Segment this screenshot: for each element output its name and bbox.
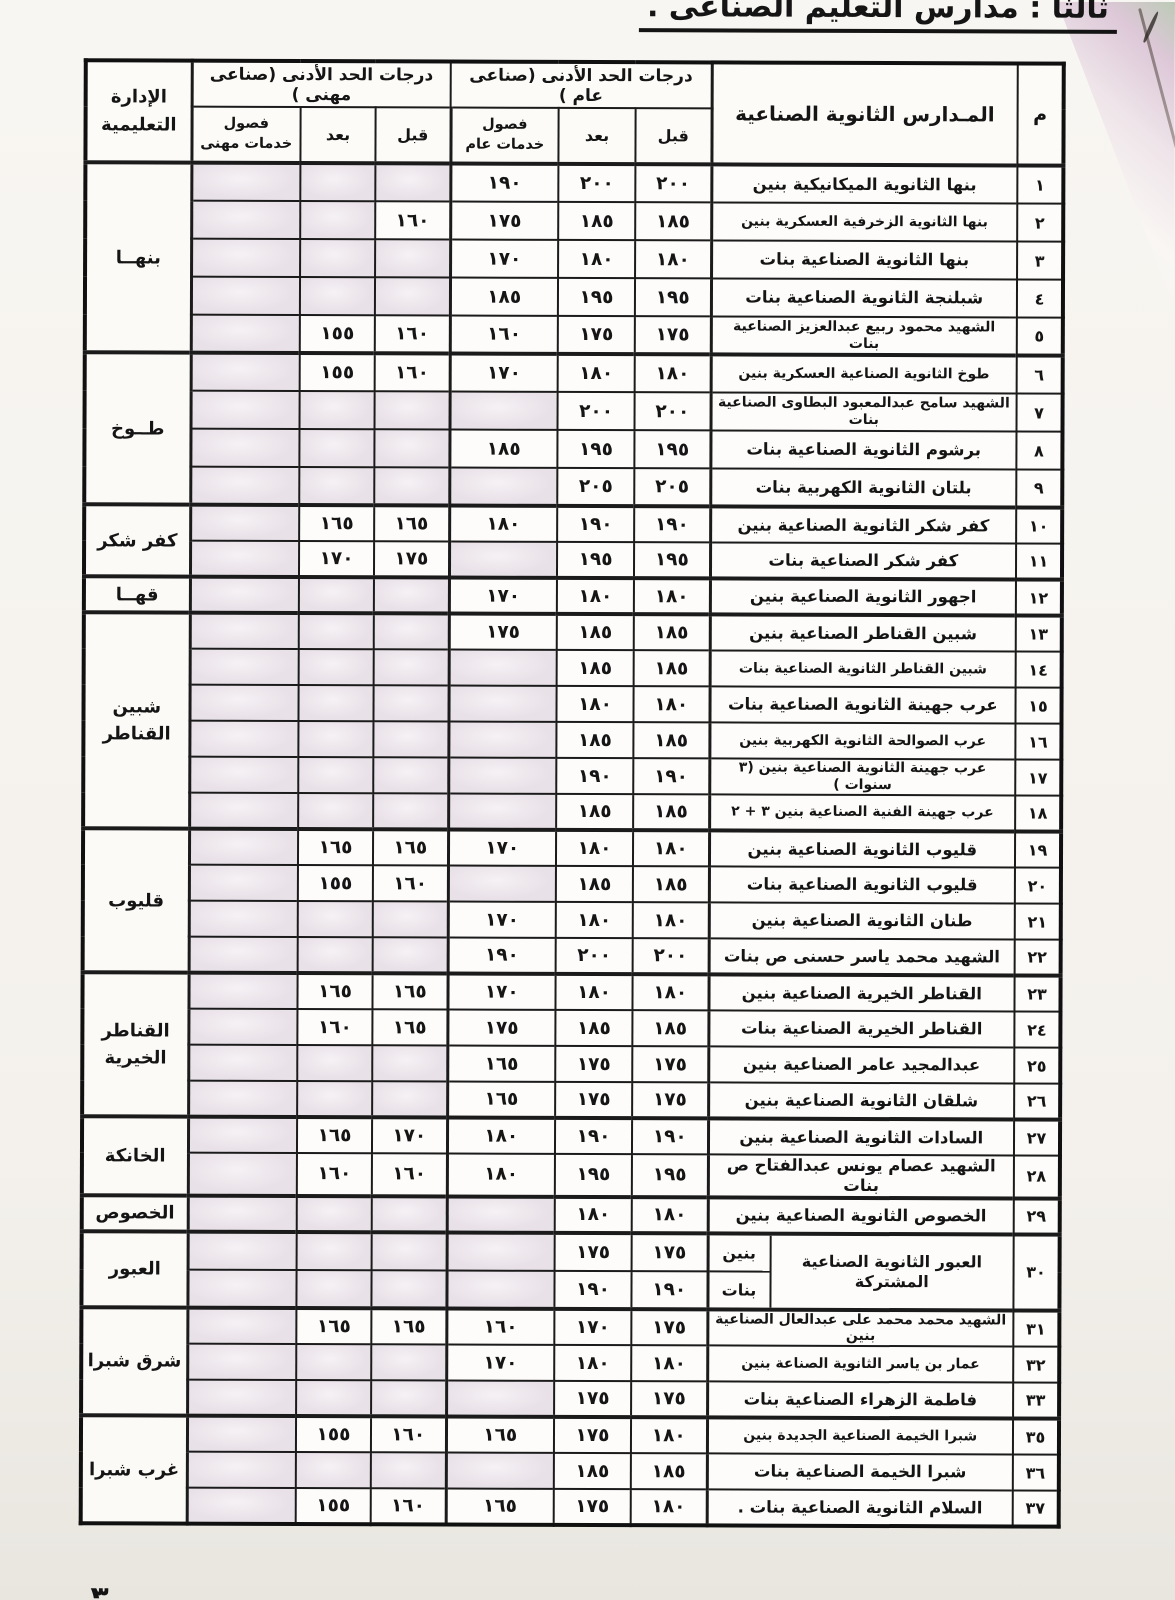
header-educational-administration: الإدارة التعليمية xyxy=(85,60,191,162)
value-cell-gb: ٢٠٠ xyxy=(558,164,635,202)
school-name-cell: عرب جهينة الثانوية الصناعية بنين (٣ سنوا… xyxy=(709,758,1015,795)
value-cell-gq: ١٨٠ xyxy=(634,578,710,614)
value-cell-mq xyxy=(374,577,449,613)
value-cell-gb: ١٩٠ xyxy=(554,1270,631,1308)
value-cell-gq: ١٨٠ xyxy=(632,1197,708,1233)
value-cell-gq: ١٨٠ xyxy=(633,902,709,938)
value-cell-mb xyxy=(300,163,375,201)
value-cell-gb: ١٩٥ xyxy=(557,430,634,468)
value-cell-ms xyxy=(188,1081,297,1117)
admin-area-cell: قهــا xyxy=(84,576,190,612)
value-cell-mq xyxy=(374,467,449,505)
value-cell-ms xyxy=(189,685,298,721)
school-name-cell: شبرا الخيمة الصناعية بنات xyxy=(707,1454,1013,1491)
value-cell-gq: ١٨٥ xyxy=(633,722,709,758)
school-name-cell: شبين القناطر الثانوية الصناعية بنات xyxy=(710,650,1016,687)
admin-area-cell: شرق شبرا xyxy=(81,1307,187,1416)
value-cell-mq: ١٦٥ xyxy=(374,505,449,541)
row-number-cell: ٣٠ xyxy=(1013,1234,1059,1310)
value-cell-mb: ١٥٥ xyxy=(296,1416,371,1452)
row-number-cell: ٢٤ xyxy=(1014,1011,1060,1047)
value-cell-gb: ١٩٥ xyxy=(557,542,634,578)
schools-grades-table: م المـدارس الثانوية الصناعية درجات الحد … xyxy=(79,58,1066,1529)
value-cell-gq: ١٨٠ xyxy=(631,1345,707,1381)
school-name-cell: بنها الثانوية الصناعية بنات xyxy=(711,240,1017,279)
value-cell-ms xyxy=(187,1452,296,1488)
table-row: ١٤شبين القناطر الثانوية الصناعية بنات١٨٥… xyxy=(84,648,1062,687)
gender-sublabel: بنين xyxy=(709,1235,769,1272)
header-general-before: قبل xyxy=(635,108,711,164)
value-cell-ms xyxy=(190,429,299,467)
value-cell-mq: ١٦٠ xyxy=(375,315,450,353)
value-cell-gs xyxy=(450,392,558,430)
value-cell-mb: ١٥٥ xyxy=(300,315,375,353)
table-row: ٣بنها الثانوية الصناعية بنات١٨٠١٨٠١٧٠ xyxy=(85,238,1063,279)
value-cell-gb: ١٨٥ xyxy=(556,866,633,902)
split-school-wrap: العبور الثانوية الصناعية المشتركةبنينبنا… xyxy=(709,1235,1013,1308)
table-row: ٢١طنان الثانوية الصناعية بنين١٨٠١٨٠١٧٠ xyxy=(83,900,1061,939)
value-cell-gq: ١٧٥ xyxy=(635,316,711,354)
value-cell-gq: ١٨٥ xyxy=(632,1010,708,1046)
value-cell-ms xyxy=(190,505,299,541)
value-cell-mb: ١٦٥ xyxy=(297,1117,372,1153)
value-cell-ms xyxy=(188,1009,297,1045)
value-cell-mb: ١٦٥ xyxy=(296,1308,371,1345)
value-cell-mq xyxy=(375,391,450,429)
school-name-cell: بنها الثانوية الزخرفية العسكرية بنين xyxy=(711,202,1017,241)
value-cell-mb xyxy=(300,391,375,429)
value-cell-mb: ١٦٥ xyxy=(298,829,373,865)
row-number-cell: ٢٧ xyxy=(1014,1119,1060,1155)
school-name-cell: شبرا الخيمة الصناعية الجديدة بنين xyxy=(707,1418,1013,1455)
value-cell-mq: ١٦٥ xyxy=(373,829,448,865)
value-cell-gq: ١٩٠ xyxy=(631,1271,707,1309)
value-cell-gb: ٢٠٠ xyxy=(556,938,633,974)
value-cell-gs xyxy=(448,686,556,722)
school-name-cell: القناطر الخيرية الصناعية بنات xyxy=(708,1010,1014,1047)
value-cell-gb: ١٨٥ xyxy=(558,202,635,240)
school-name-cell: القناطر الخيرية الصناعية بنين xyxy=(708,974,1014,1011)
table-row: ١بنها الثانوية الميكانيكية بنين٢٠٠٢٠٠١٩٠… xyxy=(85,162,1063,203)
value-cell-ms xyxy=(187,1380,296,1416)
value-cell-mb xyxy=(299,429,374,467)
value-cell-gs xyxy=(447,1232,555,1270)
table-row: ١١كفر شكر الصناعية بنات١٩٥١٩٥١٧٥١٧٠ xyxy=(84,540,1062,579)
value-cell-gs: ١٨٥ xyxy=(450,278,558,316)
value-cell-gb: ١٧٥ xyxy=(555,1232,632,1270)
value-cell-gs: ١٧٠ xyxy=(446,1345,554,1381)
value-cell-ms xyxy=(188,1153,297,1196)
value-cell-ms xyxy=(190,541,299,577)
value-cell-gs: ١٨٠ xyxy=(447,1154,555,1197)
value-cell-gs: ١٧٠ xyxy=(449,578,557,614)
value-cell-gq: ١٨٠ xyxy=(633,686,709,722)
value-cell-mb xyxy=(299,613,374,649)
value-cell-gq: ١٩٠ xyxy=(632,1118,708,1154)
table-row: ٧الشهيد سامح عبدالمعبود البطاوى الصناعية… xyxy=(85,390,1063,431)
value-cell-gq: ١٨٥ xyxy=(634,650,710,686)
admin-area-cell: العبور xyxy=(81,1231,187,1307)
value-cell-mq xyxy=(373,721,448,757)
value-cell-ms xyxy=(191,315,300,353)
value-cell-gq: ٢٠٠ xyxy=(635,164,711,202)
value-cell-gq: ١٨٠ xyxy=(631,1489,707,1525)
admin-area-cell: كفر شكر xyxy=(84,504,190,576)
value-cell-mq xyxy=(372,1232,447,1270)
school-name-cell: الشهيد محمود ربيع عبدالعزيز الصناعية بنا… xyxy=(711,316,1017,355)
table-row: ١٨عرب جهينة الفنية الصناعية بنين ٣ + ٢١٨… xyxy=(83,792,1061,831)
value-cell-mb xyxy=(296,1452,371,1488)
value-cell-gs xyxy=(449,542,557,578)
value-cell-gq: ١٨٥ xyxy=(631,1453,707,1489)
value-cell-gs xyxy=(449,650,557,686)
school-name-cell: عمار بن ياسر الثانوية الصناعة بنين xyxy=(707,1346,1013,1383)
value-cell-mb xyxy=(300,277,375,315)
value-cell-gs: ١٧٥ xyxy=(450,202,558,240)
value-cell-mq xyxy=(375,277,450,315)
school-name-cell: قليوب الثانوية الصناعية بنين xyxy=(709,830,1015,867)
row-number-cell: ٣ xyxy=(1017,242,1063,280)
school-name-cell: شبلنجة الثانوية الصناعية بنات xyxy=(711,278,1017,317)
value-cell-mq xyxy=(374,613,449,649)
value-cell-ms xyxy=(190,467,299,505)
value-cell-gb: ١٩٠ xyxy=(556,758,633,794)
value-cell-gs xyxy=(447,1196,555,1232)
value-cell-mb: ١٦٥ xyxy=(299,505,374,541)
value-cell-mb xyxy=(296,1344,371,1380)
row-number-cell: ٥ xyxy=(1017,318,1063,356)
value-cell-gs xyxy=(446,1453,554,1489)
row-number-cell: ٣٣ xyxy=(1013,1383,1059,1419)
header-vocational-after: بعد xyxy=(300,107,375,163)
value-cell-gb: ١٧٥ xyxy=(554,1489,631,1525)
table-row: ٢بنها الثانوية الزخرفية العسكرية بنين١٨٥… xyxy=(85,200,1063,241)
value-cell-gb: ١٧٥ xyxy=(558,316,635,354)
value-cell-gq: ١٨٥ xyxy=(633,794,709,830)
value-cell-gb: ١٨٠ xyxy=(555,974,632,1010)
value-cell-mb: ١٦٠ xyxy=(297,1009,372,1045)
admin-area-cell: القناطر الخيرية xyxy=(82,972,189,1116)
table-body: ١بنها الثانوية الميكانيكية بنين٢٠٠٢٠٠١٩٠… xyxy=(81,162,1064,1527)
row-number-cell: ١١ xyxy=(1016,543,1062,579)
value-cell-mq: ١٦٠ xyxy=(375,201,450,239)
value-cell-gs xyxy=(449,468,557,506)
value-cell-gb: ١٨٠ xyxy=(558,354,635,392)
value-cell-gq: ١٩٥ xyxy=(632,1154,708,1197)
value-cell-mq: ١٧٥ xyxy=(374,541,449,577)
school-name-cell: شلقان الثانوية الصناعية بنين xyxy=(708,1082,1014,1119)
school-name-cell: كفر شكر الثانوية الصناعية بنين xyxy=(710,506,1016,543)
value-cell-gs xyxy=(448,722,556,758)
row-number-cell: ٧ xyxy=(1017,394,1063,432)
school-name-cell: الخصوص الثانوية الصناعية بنين xyxy=(708,1197,1014,1234)
school-name-cell: الشهيد محمد ياسر حسنى ص بنات xyxy=(709,938,1015,975)
school-name-cell: السادات الثانوية الصناعية بنين xyxy=(708,1118,1014,1155)
table-row: ٣٢عمار بن ياسر الثانوية الصناعة بنين١٨٠١… xyxy=(81,1343,1059,1382)
value-cell-mq: ١٦٥ xyxy=(371,1308,446,1345)
value-cell-mq xyxy=(371,1344,446,1380)
table-row: ١٩قليوب الثانوية الصناعية بنين١٨٠١٨٠١٧٠١… xyxy=(83,828,1061,867)
value-cell-gb: ١٩٠ xyxy=(557,506,634,542)
value-cell-gs: ١٧٥ xyxy=(449,614,557,650)
value-cell-gs xyxy=(446,1270,554,1308)
value-cell-ms xyxy=(189,829,298,865)
value-cell-gb: ١٧٥ xyxy=(554,1381,631,1417)
value-cell-ms xyxy=(187,1416,296,1452)
row-number-cell: ٦ xyxy=(1017,356,1063,394)
table-row: ٢٥عبدالمجيد عامر الصناعية بنين١٧٥١٧٥١٦٥ xyxy=(82,1044,1060,1083)
table-row: ٩بلتان الثانوية الكهربية بنات٢٠٥٢٠٥ xyxy=(84,466,1062,507)
table-row: ١٧عرب جهينة الثانوية الصناعية بنين (٣ سن… xyxy=(83,756,1061,795)
value-cell-ms xyxy=(188,1117,297,1153)
row-number-cell: ٨ xyxy=(1016,432,1062,470)
value-cell-mb xyxy=(298,793,373,829)
value-cell-ms xyxy=(191,163,300,201)
value-cell-gs: ١٦٥ xyxy=(446,1417,554,1453)
school-name-cell: عرب جهينة الثانوية الصناعية بنات xyxy=(709,686,1015,723)
row-number-cell: ١٩ xyxy=(1015,831,1061,867)
value-cell-mb xyxy=(300,201,375,239)
value-cell-gs: ١٦٠ xyxy=(450,316,558,354)
document-sheet: ثالثا : مدارس التعليم الصناعى . م المـدا… xyxy=(0,0,1175,1600)
value-cell-ms xyxy=(191,391,300,429)
school-name-cell: عبدالمجيد عامر الصناعية بنين xyxy=(708,1046,1014,1083)
value-cell-gb: ١٧٥ xyxy=(555,1046,632,1082)
value-cell-gb: ١٨٥ xyxy=(555,1010,632,1046)
school-name-cell: طوخ الثانوية الصناعية العسكرية بنين xyxy=(711,354,1017,393)
value-cell-gs: ١٩٠ xyxy=(450,164,558,202)
value-cell-gb: ١٧٠ xyxy=(554,1308,631,1345)
value-cell-gb: ١٨٠ xyxy=(556,830,633,866)
value-cell-gq: ١٨٥ xyxy=(635,202,711,240)
table-row: ٢٩الخصوص الثانوية الصناعية بنين١٨٠١٨٠الخ… xyxy=(82,1195,1060,1234)
table-row: ٢٢الشهيد محمد ياسر حسنى ص بنات٢٠٠٢٠٠١٩٠ xyxy=(83,936,1061,975)
value-cell-gb: ١٨٠ xyxy=(556,686,633,722)
school-name-text: العبور الثانوية الصناعية المشتركة xyxy=(771,1235,1013,1308)
value-cell-mb xyxy=(297,1232,372,1270)
value-cell-ms xyxy=(190,577,299,613)
row-number-cell: ٢٩ xyxy=(1014,1198,1060,1234)
table-row: ٨برشوم الثانوية الصناعية بنات١٩٥١٩٥١٨٥ xyxy=(84,428,1062,469)
value-cell-gs: ١٧٥ xyxy=(447,1010,555,1046)
value-cell-gb: ١٨٥ xyxy=(556,722,633,758)
gender-sublabel: بنات xyxy=(709,1272,769,1307)
value-cell-mq: ١٦٠ xyxy=(371,1488,446,1524)
table-row: ٢٤القناطر الخيرية الصناعية بنات١٨٥١٨٥١٧٥… xyxy=(82,1008,1060,1047)
school-name-cell: عرب الصوالحة الثانوية الكهربية بنين xyxy=(709,722,1015,759)
value-cell-mq: ١٦٠ xyxy=(371,1416,446,1452)
value-cell-gb: ١٩٥ xyxy=(555,1154,632,1197)
admin-area-cell: غرب شبرا xyxy=(81,1415,187,1523)
value-cell-mq: ١٦٠ xyxy=(375,353,450,391)
value-cell-mb xyxy=(298,937,373,973)
value-cell-gs: ١٦٥ xyxy=(446,1489,554,1525)
admin-area-cell: بنهــا xyxy=(85,162,192,352)
table-row: ٣٥شبرا الخيمة الصناعية الجديدة بنين١٨٠١٧… xyxy=(81,1415,1059,1454)
row-number-cell: ٣٥ xyxy=(1013,1419,1059,1455)
header-general-service-classes: فصول خدمات عام xyxy=(450,108,558,164)
value-cell-gb: ١٨٥ xyxy=(556,794,633,830)
value-cell-gs xyxy=(448,866,556,902)
value-cell-gs: ١٦٥ xyxy=(447,1082,555,1118)
value-cell-gb: ١٨٥ xyxy=(554,1453,631,1489)
row-number-cell: ٢٣ xyxy=(1014,975,1060,1011)
value-cell-gq: ١٧٥ xyxy=(631,1381,707,1417)
value-cell-ms xyxy=(191,353,300,391)
header-vocational-industrial-group: درجات الحد الأدنى (صناعى مهنى ) xyxy=(192,61,451,108)
value-cell-gb: ١٨٠ xyxy=(554,1345,631,1381)
school-name-cell: العبور الثانوية الصناعية المشتركةبنينبنا… xyxy=(707,1233,1013,1310)
table-row: ٣٣فاطمة الزهراء الصناعية بنات١٧٥١٧٥ xyxy=(81,1379,1059,1418)
value-cell-mb xyxy=(299,467,374,505)
school-name-cell: اجهور الثانوية الصناعية بنين xyxy=(710,578,1016,615)
value-cell-gs: ١٦٥ xyxy=(447,1046,555,1082)
header-general-industrial-group: درجات الحد الأدنى (صناعى عام ) xyxy=(451,62,712,109)
value-cell-gs: ١٧٠ xyxy=(448,902,556,938)
value-cell-mb xyxy=(296,1380,371,1416)
value-cell-gs: ١٩٠ xyxy=(448,938,556,974)
value-cell-mb: ١٥٥ xyxy=(300,353,375,391)
table-row: ١٠كفر شكر الثانوية الصناعية بنين١٩٠١٩٠١٨… xyxy=(84,504,1062,543)
value-cell-gq: ٢٠٥ xyxy=(634,468,710,506)
value-cell-mq: ١٧٠ xyxy=(372,1117,447,1153)
value-cell-mq: ١٦٥ xyxy=(372,973,447,1009)
value-cell-gq: ١٩٠ xyxy=(634,506,710,542)
value-cell-gq: ٢٠٠ xyxy=(633,938,709,974)
value-cell-gq: ١٨٠ xyxy=(635,240,711,278)
table-row: ٢٠قليوب الثانوية الصناعية بنات١٨٥١٨٥١٦٠١… xyxy=(83,864,1061,903)
value-cell-gb: ١٨٠ xyxy=(555,1196,632,1232)
value-cell-gs: ١٦٠ xyxy=(446,1308,554,1345)
value-cell-mq xyxy=(371,1270,446,1308)
value-cell-ms xyxy=(189,865,298,901)
scanned-document-page: { "page": { "title": "ثالثا : مدارس التع… xyxy=(0,0,1175,1600)
row-number-cell: ٢٥ xyxy=(1014,1047,1060,1083)
value-cell-gb: ١٩٥ xyxy=(558,278,635,316)
value-cell-gb: ١٨٠ xyxy=(557,578,634,614)
school-name-cell: السلام الثانوية الصناعية بنات . xyxy=(707,1490,1013,1527)
value-cell-mq xyxy=(373,901,448,937)
value-cell-gb: ١٩٠ xyxy=(555,1118,632,1154)
value-cell-gb: ١٨٠ xyxy=(556,902,633,938)
value-cell-mq xyxy=(371,1452,446,1488)
row-number-cell: ١٠ xyxy=(1016,507,1062,543)
table-row: ١٦عرب الصوالحة الثانوية الكهربية بنين١٨٥… xyxy=(83,720,1061,759)
value-cell-gq: ١٨٥ xyxy=(634,614,710,650)
value-cell-ms xyxy=(190,649,299,685)
value-cell-mb xyxy=(297,1081,372,1117)
value-cell-mb: ١٦٥ xyxy=(297,973,372,1009)
admin-area-cell: الخانكة xyxy=(82,1116,188,1195)
value-cell-gs: ١٧٠ xyxy=(448,830,556,866)
value-cell-mq xyxy=(374,429,449,467)
table-row: ٣١الشهيد محمد محمد على عبدالعال الصناعية… xyxy=(81,1307,1059,1347)
school-name-cell: شبين القناطر الصناعية بنين xyxy=(710,614,1016,651)
value-cell-gs: ١٨٠ xyxy=(447,1118,555,1154)
value-cell-mq xyxy=(375,163,450,201)
value-cell-gq: ١٧٥ xyxy=(631,1309,707,1346)
row-number-cell: ٢٦ xyxy=(1014,1083,1060,1119)
value-cell-gq: ١٧٥ xyxy=(632,1046,708,1082)
value-cell-ms xyxy=(187,1307,296,1344)
value-cell-ms xyxy=(187,1344,296,1380)
value-cell-mq xyxy=(372,1045,447,1081)
row-number-cell: ١٢ xyxy=(1016,579,1062,615)
table-row: ٢٣القناطر الخيرية الصناعية بنين١٨٠١٨٠١٧٠… xyxy=(82,972,1060,1011)
table-row: ٣٦شبرا الخيمة الصناعية بنات١٨٥١٨٥ xyxy=(81,1451,1059,1490)
value-cell-ms xyxy=(189,757,298,793)
admin-area-cell: قليوب xyxy=(83,828,190,972)
value-cell-gb: ١٧٥ xyxy=(555,1082,632,1118)
row-number-cell: ١٤ xyxy=(1016,651,1062,687)
header-number-column: م xyxy=(1017,64,1063,166)
school-name-cell: طنان الثانوية الصناعية بنين xyxy=(709,902,1015,939)
row-number-cell: ٣٢ xyxy=(1013,1347,1059,1383)
value-cell-gq: ١٨٥ xyxy=(633,866,709,902)
value-cell-mq: ١٦٥ xyxy=(372,1009,447,1045)
value-cell-mb xyxy=(298,685,373,721)
school-name-cell: بنها الثانوية الميكانيكية بنين xyxy=(711,164,1017,203)
value-cell-gq: ١٧٥ xyxy=(632,1233,708,1271)
value-cell-gs: ١٧٠ xyxy=(450,240,558,278)
value-cell-gb: ٢٠٥ xyxy=(557,468,634,506)
value-cell-mb: ١٦٠ xyxy=(297,1153,372,1196)
value-cell-mb: ١٥٥ xyxy=(296,1488,371,1524)
value-cell-mb xyxy=(299,577,374,613)
value-cell-gs xyxy=(448,758,556,794)
value-cell-mb xyxy=(300,239,375,277)
school-name-cell: بلتان الثانوية الكهربية بنات xyxy=(710,468,1016,507)
table-header: م المـدارس الثانوية الصناعية درجات الحد … xyxy=(85,60,1063,165)
value-cell-mq: ١٦٠ xyxy=(372,1153,447,1196)
school-name-cell: كفر شكر الصناعية بنات xyxy=(710,542,1016,579)
row-number-cell: ١٧ xyxy=(1015,759,1061,795)
value-cell-gb: ١٨٥ xyxy=(557,650,634,686)
page-number-partial: ٣ xyxy=(90,1580,108,1598)
school-name-cell: عرب جهينة الفنية الصناعية بنين ٣ + ٢ xyxy=(709,794,1015,831)
value-cell-mq xyxy=(372,1081,447,1117)
value-cell-mq xyxy=(371,1380,446,1416)
value-cell-gq: ١٩٥ xyxy=(634,542,710,578)
value-cell-ms xyxy=(191,239,300,277)
value-cell-mb xyxy=(297,1196,372,1232)
row-number-cell: ٢ xyxy=(1017,204,1063,242)
admin-area-cell: طــوخ xyxy=(84,352,191,504)
value-cell-gq: ١٨٠ xyxy=(632,974,708,1010)
table-row: ٢٨الشهيد عصام يونس عبدالفتاح ص بنات١٩٥١٩… xyxy=(82,1152,1060,1198)
table-row: ٣٠العبور الثانوية الصناعية المشتركةبنينب… xyxy=(82,1231,1060,1272)
row-number-cell: ٢١ xyxy=(1015,903,1061,939)
row-number-cell: ١٨ xyxy=(1015,795,1061,831)
value-cell-gs xyxy=(448,794,556,830)
value-cell-gb: ١٨٥ xyxy=(557,614,634,650)
school-name-cell: فاطمة الزهراء الصناعية بنات xyxy=(707,1382,1013,1419)
value-cell-ms xyxy=(188,1195,297,1231)
row-number-cell: ٩ xyxy=(1016,469,1062,507)
value-cell-mb xyxy=(299,649,374,685)
row-number-cell: ٣٧ xyxy=(1013,1491,1059,1527)
admin-area-cell: شبين القناطر xyxy=(83,612,190,828)
value-cell-mb xyxy=(298,901,373,937)
row-number-cell: ٢٢ xyxy=(1015,939,1061,975)
table-row: ٦طوخ الثانوية الصناعية العسكرية بنين١٨٠١… xyxy=(85,352,1063,393)
header-vocational-service-classes: فصول خدمات مهنى xyxy=(191,107,300,163)
value-cell-mq xyxy=(375,239,450,277)
table-row: ٣٧السلام الثانوية الصناعية بنات .١٨٠١٧٥١… xyxy=(81,1487,1059,1526)
table-row: ٢٧السادات الثانوية الصناعية بنين١٩٠١٩٠١٨… xyxy=(82,1116,1060,1155)
value-cell-mq xyxy=(373,685,448,721)
value-cell-ms xyxy=(189,721,298,757)
